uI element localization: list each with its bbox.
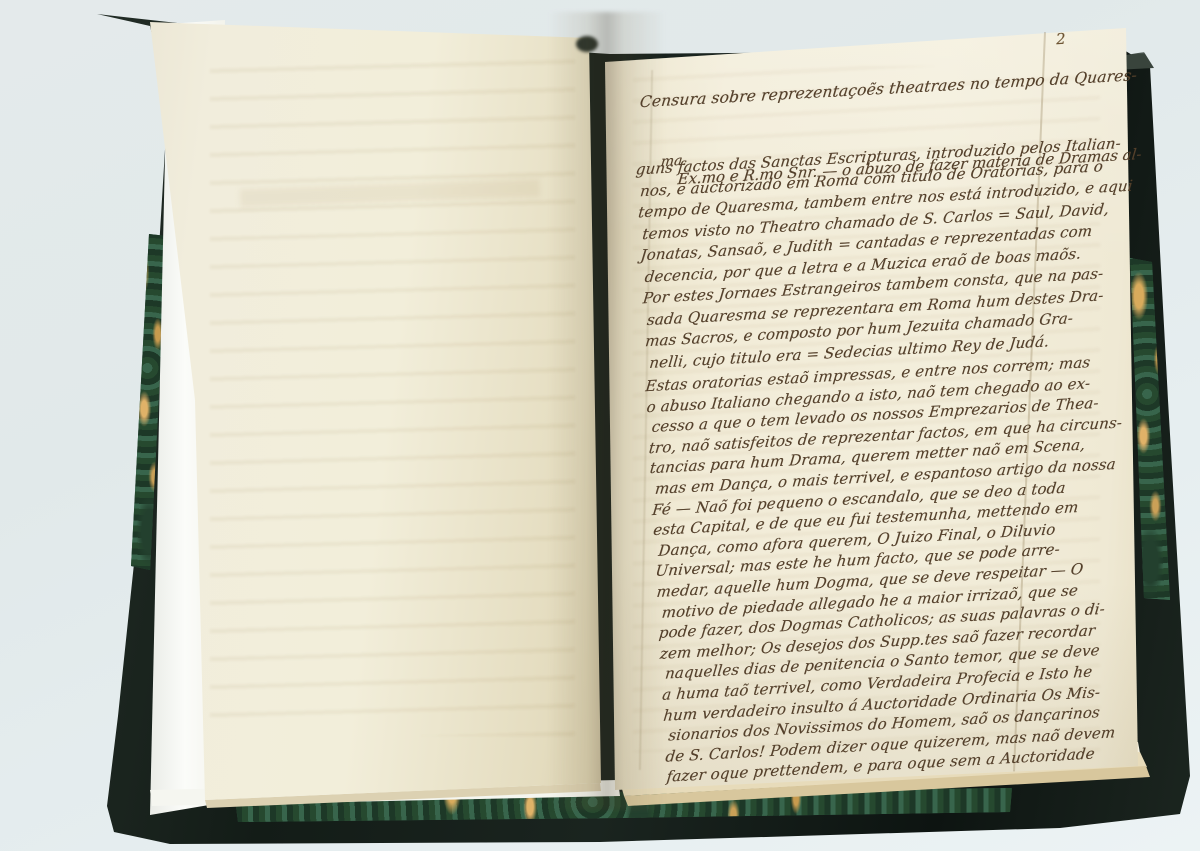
ink-bleed-through: [210, 54, 575, 736]
manuscript-text-block: Censura sobre reprezentaçoẽs theatraes n…: [624, 67, 1161, 793]
page-number: 2: [1056, 30, 1066, 48]
manuscript-paragraph-1: guns factos das Sanctas Escripturas, int…: [634, 133, 1140, 374]
manuscript-book-photo: 2 Censura sobre reprezentaçoẽs theatraes…: [0, 0, 1200, 851]
manuscript-paragraph-2: Estas oratorias estaõ impressas, e entre…: [643, 351, 1138, 788]
spine-headband: [576, 36, 598, 52]
